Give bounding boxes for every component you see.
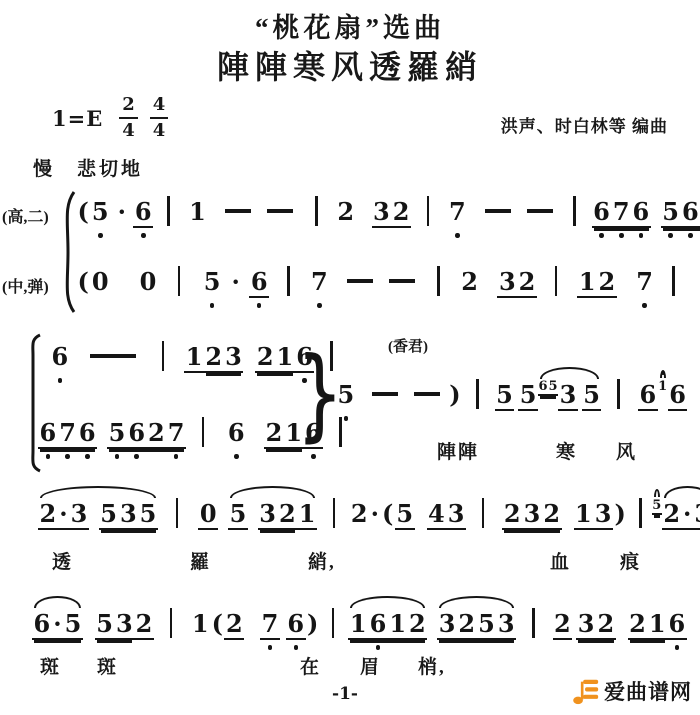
note-group: 32 xyxy=(576,609,615,640)
note-char: 3 xyxy=(118,499,138,528)
barline xyxy=(178,266,181,296)
note-char: 2 xyxy=(255,342,275,371)
spacer xyxy=(515,219,523,220)
note-group: 21 xyxy=(255,342,294,373)
note-char: 2 xyxy=(517,267,537,296)
note-char: 7 xyxy=(58,418,78,447)
note-char: 5 xyxy=(63,609,83,638)
note-char: 7 xyxy=(166,418,186,447)
spacer xyxy=(467,219,481,220)
spacer xyxy=(210,440,226,441)
note-char: · xyxy=(369,499,380,528)
note-char: 3 xyxy=(522,499,542,528)
note-group: 13 xyxy=(574,499,613,530)
note-char: 6 xyxy=(77,418,97,447)
note-group: 6 xyxy=(286,609,306,640)
spacer xyxy=(601,402,611,403)
slur-group: 6535 xyxy=(538,380,602,411)
duration-dash xyxy=(90,354,136,358)
spacer xyxy=(207,219,221,220)
grace-note-group: 5 xyxy=(652,498,662,515)
spacer xyxy=(411,219,421,220)
spacer xyxy=(687,402,700,403)
spacer xyxy=(648,521,652,522)
note-group: 21 xyxy=(628,609,667,640)
spacer xyxy=(255,219,263,220)
note-char: 6 xyxy=(368,609,388,638)
note-char: · xyxy=(230,267,241,296)
note-char: 3 xyxy=(446,499,466,528)
note-group: 2 xyxy=(224,609,244,640)
note-char: 5 xyxy=(99,499,119,528)
music-note-icon xyxy=(572,676,600,706)
lyric: 斑 xyxy=(97,652,118,679)
spacer xyxy=(241,289,249,290)
note-group: 5 xyxy=(228,499,248,530)
note-char: 5 xyxy=(107,418,127,447)
note-char: 2 xyxy=(553,609,573,638)
note-char: 5 xyxy=(95,609,115,638)
spacer xyxy=(537,289,549,290)
note-char: 5 xyxy=(336,380,356,409)
note-char: 3 xyxy=(593,499,613,528)
system-2: 6123216 67656276216 } (香君) 5)55653561653… xyxy=(0,333,700,473)
note-char: ( xyxy=(76,197,90,226)
note-char: 6 xyxy=(127,418,147,447)
note-char: 2 xyxy=(336,197,356,226)
spacer xyxy=(435,219,447,220)
note-char: 6 xyxy=(680,197,700,226)
note-group: 6 xyxy=(667,609,687,640)
note-char: 5 xyxy=(202,267,222,296)
barline xyxy=(170,608,173,638)
note-char: 3 xyxy=(258,499,278,528)
note-char: 3 xyxy=(69,499,89,528)
note-char: · xyxy=(52,609,63,638)
grace-note-group: 65 xyxy=(538,379,558,396)
spacer xyxy=(340,631,348,632)
lyric: 陣陣 xyxy=(437,437,479,464)
note-char: 2 xyxy=(277,499,297,528)
notation-row-vocal: 5)55653561653 xyxy=(336,379,700,413)
note-char: · xyxy=(682,499,693,528)
notation-row: 2·3535053212·(54323213)52·35 xyxy=(38,498,700,532)
spacer xyxy=(158,521,170,522)
note-group: 1 xyxy=(184,342,204,373)
note-char: 1 xyxy=(658,379,668,394)
note-group: 5 xyxy=(582,380,602,411)
spacer xyxy=(158,289,172,290)
note-char: 1 xyxy=(190,609,210,638)
barline xyxy=(476,379,479,409)
spacer xyxy=(402,402,410,403)
spacer xyxy=(541,631,553,632)
note-char: 3 xyxy=(576,609,596,638)
note-char: 5 xyxy=(518,380,538,409)
note-char: 3 xyxy=(437,609,457,638)
spacer xyxy=(462,402,470,403)
note-group: 7 xyxy=(260,609,280,640)
note-group: 535 xyxy=(99,499,158,530)
note-group: 0 xyxy=(198,499,218,530)
note-char: 6 xyxy=(249,267,269,296)
time-signature-4-4: 4 4 xyxy=(150,96,169,140)
note-char: 5 xyxy=(90,197,110,226)
sheet-music-page: “桃花扇”选曲 陣陣寒风透羅綃 1=E 2 4 4 4 洪声、时白林等 编曲 慢… xyxy=(0,0,700,715)
spacer xyxy=(243,364,255,365)
note-group: 7 xyxy=(447,197,467,226)
composer-credit: 洪声、时白林等 编曲 xyxy=(501,112,668,137)
spacer xyxy=(356,219,372,220)
spacer xyxy=(176,219,188,220)
note-group: 6 xyxy=(249,267,269,298)
note-char: 2 xyxy=(264,418,284,447)
note-group: 3 xyxy=(558,380,578,411)
note-char: 1 xyxy=(275,342,295,371)
duration-dash xyxy=(347,279,373,283)
spacer xyxy=(516,631,526,632)
key-signature: 1=E xyxy=(52,106,103,131)
note-char: 7 xyxy=(260,609,280,638)
note-char: · xyxy=(116,197,127,226)
barline xyxy=(532,608,535,638)
note-char: 3 xyxy=(372,197,392,226)
lyric: 在 xyxy=(300,652,321,679)
duration-dash xyxy=(527,209,553,213)
note-char: 7 xyxy=(310,267,330,296)
note-char: 6 xyxy=(226,418,246,447)
lyric: 眉 xyxy=(360,652,381,679)
slur-group: 2·3 xyxy=(662,499,700,530)
spacer xyxy=(419,289,431,290)
spacer xyxy=(324,219,336,220)
spacer xyxy=(466,521,476,522)
duration-dash xyxy=(372,392,398,396)
spacer xyxy=(186,440,196,441)
note-char: 6 xyxy=(667,609,687,638)
spacer xyxy=(154,631,164,632)
lyric: 斑 xyxy=(40,652,61,679)
note-char: 2 xyxy=(542,499,562,528)
note-char: 2 xyxy=(204,342,224,371)
note-char: 3 xyxy=(496,609,516,638)
spacer xyxy=(627,521,633,522)
note-char: 2 xyxy=(349,499,369,528)
note-char: 2 xyxy=(628,609,648,638)
note-group: 0 xyxy=(90,267,110,296)
note-char: 2 xyxy=(134,609,154,638)
duration-dash xyxy=(225,209,251,213)
system-1: (高,二) (中,弹) (5·6123276765627 (005·672321… xyxy=(0,190,700,320)
spacer xyxy=(415,521,427,522)
barline xyxy=(437,266,440,296)
meter-numerator: 4 xyxy=(150,96,169,117)
part-label-gao-er: (高,二) xyxy=(2,204,49,227)
note-char: 5 xyxy=(395,499,415,528)
note-group: 5 xyxy=(495,380,515,411)
note-char: 2 xyxy=(38,499,58,528)
spacer xyxy=(296,289,310,290)
note-group: 7 xyxy=(310,267,330,296)
barline xyxy=(162,341,165,371)
spacer xyxy=(626,402,638,403)
note-char: 3 xyxy=(693,499,700,528)
spacer xyxy=(616,631,628,632)
note-group: 2 xyxy=(460,267,480,296)
note-group: 6 xyxy=(133,197,153,228)
note-char: 5 xyxy=(138,499,158,528)
barline xyxy=(555,266,558,296)
lyric: 血 xyxy=(550,547,571,574)
spacer xyxy=(446,289,460,290)
note-char: 2 xyxy=(408,609,428,638)
spacer xyxy=(479,289,497,290)
note-group: 5 xyxy=(518,380,538,411)
system-brace xyxy=(58,190,78,314)
note-group: 1 xyxy=(297,499,317,530)
note-char: 5 xyxy=(652,498,662,513)
note-char: ) xyxy=(448,380,462,409)
note-char: 3 xyxy=(497,267,517,296)
note-group: 32 xyxy=(372,197,411,228)
song-title: 陣陣寒风透羅綃 xyxy=(0,42,700,88)
note-group: 5627 xyxy=(661,197,700,228)
staff-bracket xyxy=(26,333,44,473)
note-char: 3 xyxy=(114,609,134,638)
spacer xyxy=(186,289,202,290)
note-group: 2·3 xyxy=(38,499,89,530)
tempo-marking: 慢 悲切地 xyxy=(33,154,143,181)
spacer xyxy=(184,521,198,522)
duration-dash xyxy=(485,209,511,213)
spacer xyxy=(246,440,264,441)
meter-denominator: 4 xyxy=(119,117,138,140)
spacer xyxy=(562,521,574,522)
note-char: ( xyxy=(380,499,394,528)
spacer xyxy=(153,219,161,220)
spacer xyxy=(218,521,228,522)
barline xyxy=(167,196,170,226)
note-char: 2 xyxy=(597,267,617,296)
note-group: 2 xyxy=(134,609,154,640)
spacer xyxy=(222,289,230,290)
key-and-meter: 1=E 2 4 4 4 xyxy=(52,96,180,140)
watermark-site-name: 爱曲谱网 xyxy=(604,676,692,706)
note-char: 2 xyxy=(147,418,167,447)
duration-dash xyxy=(414,392,440,396)
note-char: 1 xyxy=(647,609,667,638)
note-char: 2 xyxy=(460,267,480,296)
duration-dash xyxy=(267,209,293,213)
barline xyxy=(315,196,318,226)
note-group: 676 xyxy=(592,197,651,228)
note-char: ) xyxy=(613,499,627,528)
time-signature-2-4: 2 4 xyxy=(119,96,138,140)
lyric: 綃, xyxy=(308,547,336,574)
spacer xyxy=(140,364,156,365)
note-group: 43 xyxy=(427,499,466,530)
barline xyxy=(639,498,642,528)
slur-group: 3253 xyxy=(437,609,516,640)
spacer xyxy=(110,289,138,290)
grace-note-group: 1 xyxy=(658,379,668,394)
spacer xyxy=(178,631,190,632)
note-char: 7 xyxy=(447,197,467,226)
note-group: 53 xyxy=(95,609,134,640)
note-group: 532 xyxy=(95,609,154,640)
duration-dash xyxy=(389,279,415,283)
note-char: 5 xyxy=(661,197,681,226)
barline xyxy=(427,196,430,226)
note-char: 1 xyxy=(188,197,208,226)
barline xyxy=(573,196,576,226)
barline xyxy=(202,417,205,447)
note-char: 5 xyxy=(477,609,497,638)
meter-denominator: 4 xyxy=(150,117,169,140)
note-char: 6 xyxy=(38,418,58,447)
spacer xyxy=(244,631,260,632)
note-group: 232 xyxy=(502,499,561,530)
spacer xyxy=(427,631,437,632)
slur-group: 1612 xyxy=(348,609,427,640)
note-char: 2 xyxy=(662,499,682,528)
note-group: 32 xyxy=(258,499,297,530)
note-group: 2 xyxy=(553,609,573,640)
note-char: 4 xyxy=(427,499,447,528)
barline xyxy=(333,498,336,528)
note-char: 6 xyxy=(32,609,52,638)
note-group: 5627 xyxy=(107,418,186,449)
note-group: 6 xyxy=(50,342,70,371)
lyric: 痕 xyxy=(620,547,641,574)
note-group: 5 xyxy=(202,267,222,296)
note-char: 5 xyxy=(548,379,558,394)
note-char: 3 xyxy=(224,342,244,371)
barline xyxy=(332,608,335,638)
notation-row: 6·55321(276)161232532322165(5 xyxy=(32,608,700,642)
note-group: 676 xyxy=(38,418,97,449)
note-char: 6 xyxy=(538,379,548,394)
note-char: 5 xyxy=(228,499,248,528)
note-group: 2 xyxy=(349,499,369,528)
note-char: ( xyxy=(76,267,90,296)
spacer xyxy=(356,402,368,403)
notation-row-zhong-tan: (005·67232127 xyxy=(76,266,681,300)
spacer xyxy=(485,402,495,403)
system-3: 2·3535053212·(54323213)52·35 透羅綃,血痕 xyxy=(0,492,700,592)
character-annotation: (香君) xyxy=(388,335,428,356)
spacer xyxy=(89,521,99,522)
note-char: 6 xyxy=(631,197,651,226)
note-char: 1 xyxy=(574,499,594,528)
meter-numerator: 2 xyxy=(119,96,138,117)
note-char: 0 xyxy=(138,267,158,296)
note-group: 23 xyxy=(204,342,243,373)
barline xyxy=(672,266,675,296)
note-char: 2 xyxy=(391,197,411,226)
song-collection-title: “桃花扇”选曲 xyxy=(0,6,700,45)
note-char: 7 xyxy=(611,197,631,226)
note-group: 5 xyxy=(336,380,356,409)
site-watermark: 爱曲谱网 xyxy=(572,676,692,706)
spacer xyxy=(269,289,281,290)
spacer xyxy=(651,219,661,220)
note-char: 6 xyxy=(668,380,688,409)
barline xyxy=(176,498,179,528)
spacer xyxy=(317,521,327,522)
barline xyxy=(482,498,485,528)
note-char: ) xyxy=(306,609,320,638)
note-group: 0 xyxy=(138,267,158,296)
note-char: 2 xyxy=(502,499,522,528)
lyric: 寒 xyxy=(556,437,577,464)
note-group: 6 xyxy=(668,380,688,411)
note-char: 2 xyxy=(224,609,244,638)
spacer xyxy=(490,521,502,522)
note-char: 2 xyxy=(457,609,477,638)
spacer xyxy=(70,364,86,365)
note-char: 6 xyxy=(638,380,658,409)
note-char: ( xyxy=(210,609,224,638)
spacer xyxy=(557,219,567,220)
spacer xyxy=(582,219,592,220)
note-char: 3 xyxy=(558,380,578,409)
note-group: 7 xyxy=(635,267,655,296)
slur-group: 5321 xyxy=(228,499,317,530)
note-char: 0 xyxy=(90,267,110,296)
spacer xyxy=(97,440,107,441)
note-group: 1 xyxy=(190,609,210,638)
spacer xyxy=(687,631,697,632)
spacer xyxy=(617,289,635,290)
note-group: 6 xyxy=(638,380,658,411)
spacer xyxy=(377,289,385,290)
spacer xyxy=(170,364,184,365)
note-group: 5 xyxy=(90,197,110,226)
page-number: -1- xyxy=(300,684,390,704)
lyric: 透 xyxy=(52,547,73,574)
note-char: 5 xyxy=(495,380,515,409)
note-group: 5 xyxy=(395,499,415,530)
note-char: 1 xyxy=(577,267,597,296)
note-char: 6 xyxy=(133,197,153,226)
note-group: 32 xyxy=(497,267,536,298)
notation-row-gao-er: (5·6123276765627 xyxy=(76,196,700,230)
note-char: · xyxy=(58,499,69,528)
note-char: 6 xyxy=(286,609,306,638)
note-char: 2 xyxy=(596,609,616,638)
spacer xyxy=(341,521,349,522)
lyric: 羅 xyxy=(190,547,211,574)
note-group: 6 xyxy=(226,418,246,447)
slur-group: 2·3535 xyxy=(38,499,158,530)
spacer xyxy=(563,289,577,290)
note-group: 1 xyxy=(188,197,208,226)
note-group: 2 xyxy=(336,197,356,226)
barline xyxy=(617,379,620,409)
spacer xyxy=(297,219,309,220)
note-char: 6 xyxy=(50,342,70,371)
part-label-zhong-tan: (中,弹) xyxy=(2,274,49,297)
spacer xyxy=(654,289,666,290)
spacer xyxy=(83,631,95,632)
note-char: 7 xyxy=(635,267,655,296)
note-group: 12 xyxy=(577,267,616,298)
note-char: 1 xyxy=(388,609,408,638)
spacer xyxy=(248,521,258,522)
spacer xyxy=(329,289,343,290)
note-char: 1 xyxy=(348,609,368,638)
